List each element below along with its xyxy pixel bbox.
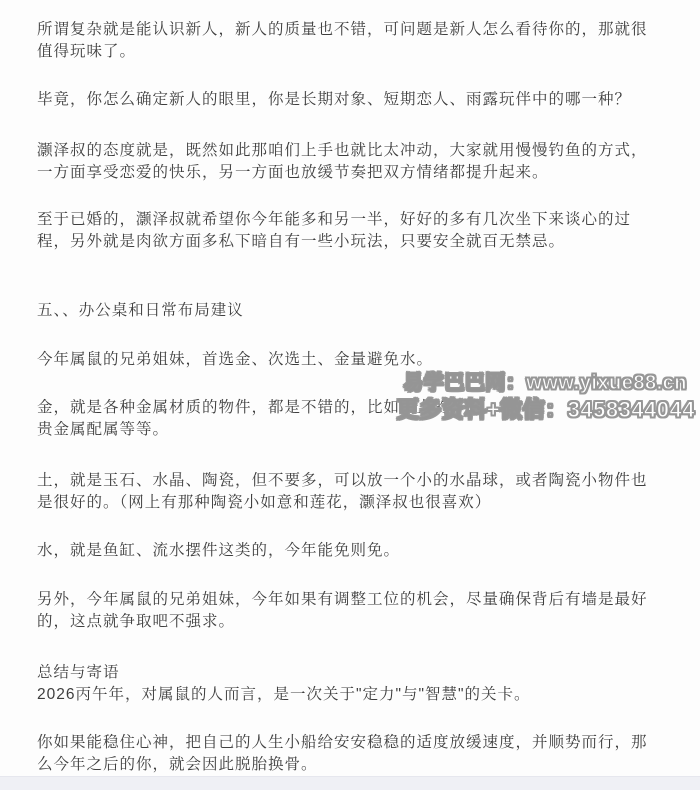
article-page: 所谓复杂就是能认识新人，新人的质量也不错，可问题是新人怎么看待你的，那就很 值得…	[0, 0, 700, 790]
section-heading-desk-layout: 五、、办公桌和日常布局建议	[37, 300, 669, 322]
paragraph-water: 水，就是鱼缸、流水摆件这类的，今年能免则免。	[37, 540, 669, 562]
paragraph-workstation: 另外，今年属鼠的兄弟姐妹，今年如果有调整工位的机会，尽量确保背后有墙是最好 的，…	[37, 589, 669, 633]
footer-bar	[0, 776, 700, 790]
paragraph-married: 至于已婚的，灏泽叔就希望你今年能多和另一半，好好的多有几次坐下来谈心的过 程，另…	[37, 209, 669, 253]
paragraph-intro-complexity: 所谓复杂就是能认识新人，新人的质量也不错，可问题是新人怎么看待你的，那就很 值得…	[37, 19, 669, 63]
paragraph-closing: 你如果能稳住心神，把自己的人生小船给安安稳稳的适度放缓速度，并顺势而行，那 么今…	[37, 732, 669, 776]
paragraph-summary: 总结与寄语 2026丙午年，对属鼠的人而言，是一次关于"定力"与"智慧"的关卡。	[37, 662, 669, 706]
watermark-site-url: 易学巴巴网：www.yixue88.cn	[403, 366, 687, 395]
paragraph-question: 毕竟，你怎么确定新人的眼里，你是长期对象、短期恋人、雨露玩伴中的哪一种？	[37, 89, 669, 111]
paragraph-attitude: 灏泽叔的态度就是，既然如此那咱们上手也就比太冲动，大家就用慢慢钓鱼的方式， 一方…	[37, 140, 669, 184]
paragraph-earth: 土，就是玉石、水晶、陶瓷，但不要多，可以放一个小的水晶球，或者陶瓷小物件也 是很…	[37, 470, 669, 514]
watermark-wechat-contact: 更多资料+微信：3458344044	[397, 393, 695, 424]
